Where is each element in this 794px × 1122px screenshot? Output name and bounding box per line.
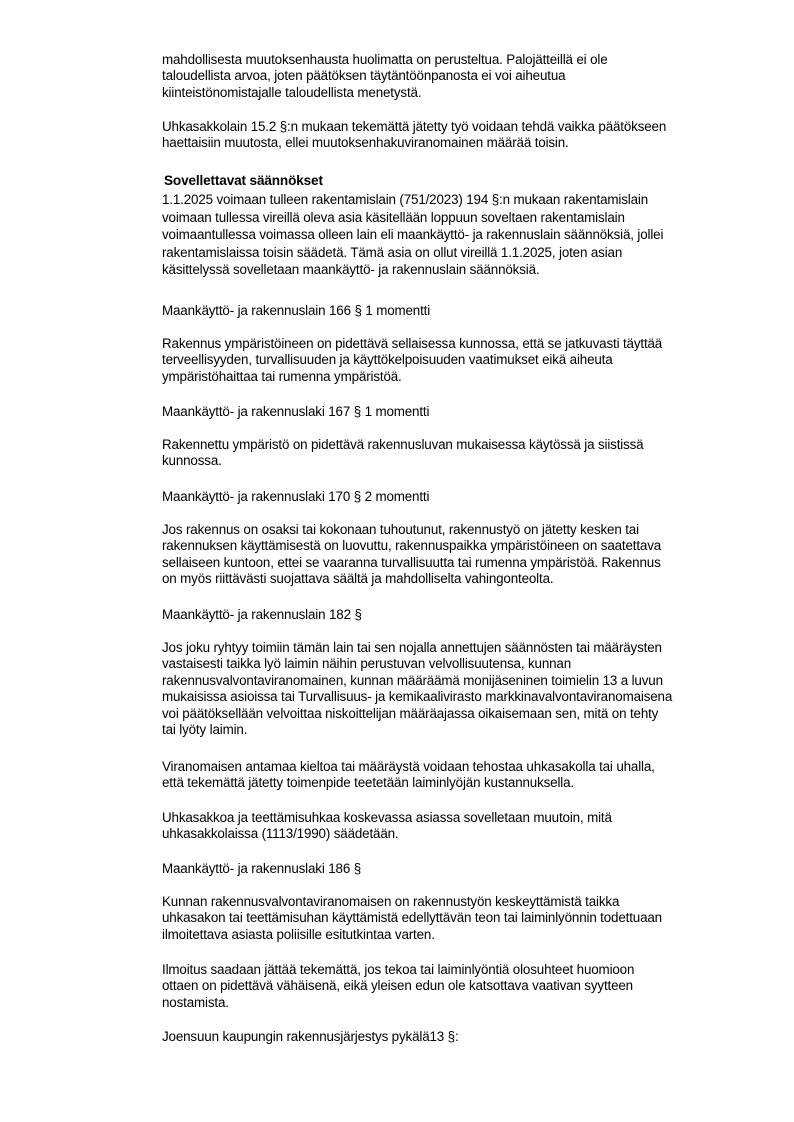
paragraph-penalty-law: Uhkasakkolain 15.2 §:n mukaan tekemättä … [162,119,742,152]
law-reference-166: Maankäyttö- ja rakennuslain 166 § 1 mome… [162,303,742,319]
paragraph-186: Kunnan rakennusvalvontaviranomaisen on r… [162,894,742,943]
paragraph-penalty-application: Uhkasakkoa ja teettämisuhkaa koskevassa … [162,810,742,843]
law-reference-182: Maankäyttö- ja rakennuslain 182 § [162,607,742,623]
paragraph-167: Rakennettu ympäristö on pidettävä rakenn… [162,437,742,470]
paragraph-182: Jos joku ryhtyy toimiin tämän lain tai s… [162,640,742,738]
paragraph-transition-provision: 1.1.2025 voimaan tulleen rakentamislain … [162,191,742,279]
paragraph-170: Jos rakennus on osaksi tai kokonaan tuho… [162,522,742,588]
law-reference-167: Maankäyttö- ja rakennuslaki 167 § 1 mome… [162,404,742,420]
section-heading: Sovellettavat säännökset [164,173,744,189]
paragraph-enforcement: Viranomaisen antamaa kieltoa tai määräys… [162,759,742,792]
paragraph-notification: Ilmoitus saadaan jättää tekemättä, jos t… [162,962,742,1011]
law-reference-170: Maankäyttö- ja rakennuslaki 170 § 2 mome… [162,489,742,505]
paragraph-166: Rakennus ympäristöineen on pidettävä sel… [162,336,742,385]
paragraph-appeal-justification: mahdollisesta muutoksenhausta huolimatta… [162,52,742,101]
building-code-reference: Joensuun kaupungin rakennusjärjestys pyk… [162,1029,742,1045]
law-reference-186: Maankäyttö- ja rakennuslaki 186 § [162,861,742,877]
